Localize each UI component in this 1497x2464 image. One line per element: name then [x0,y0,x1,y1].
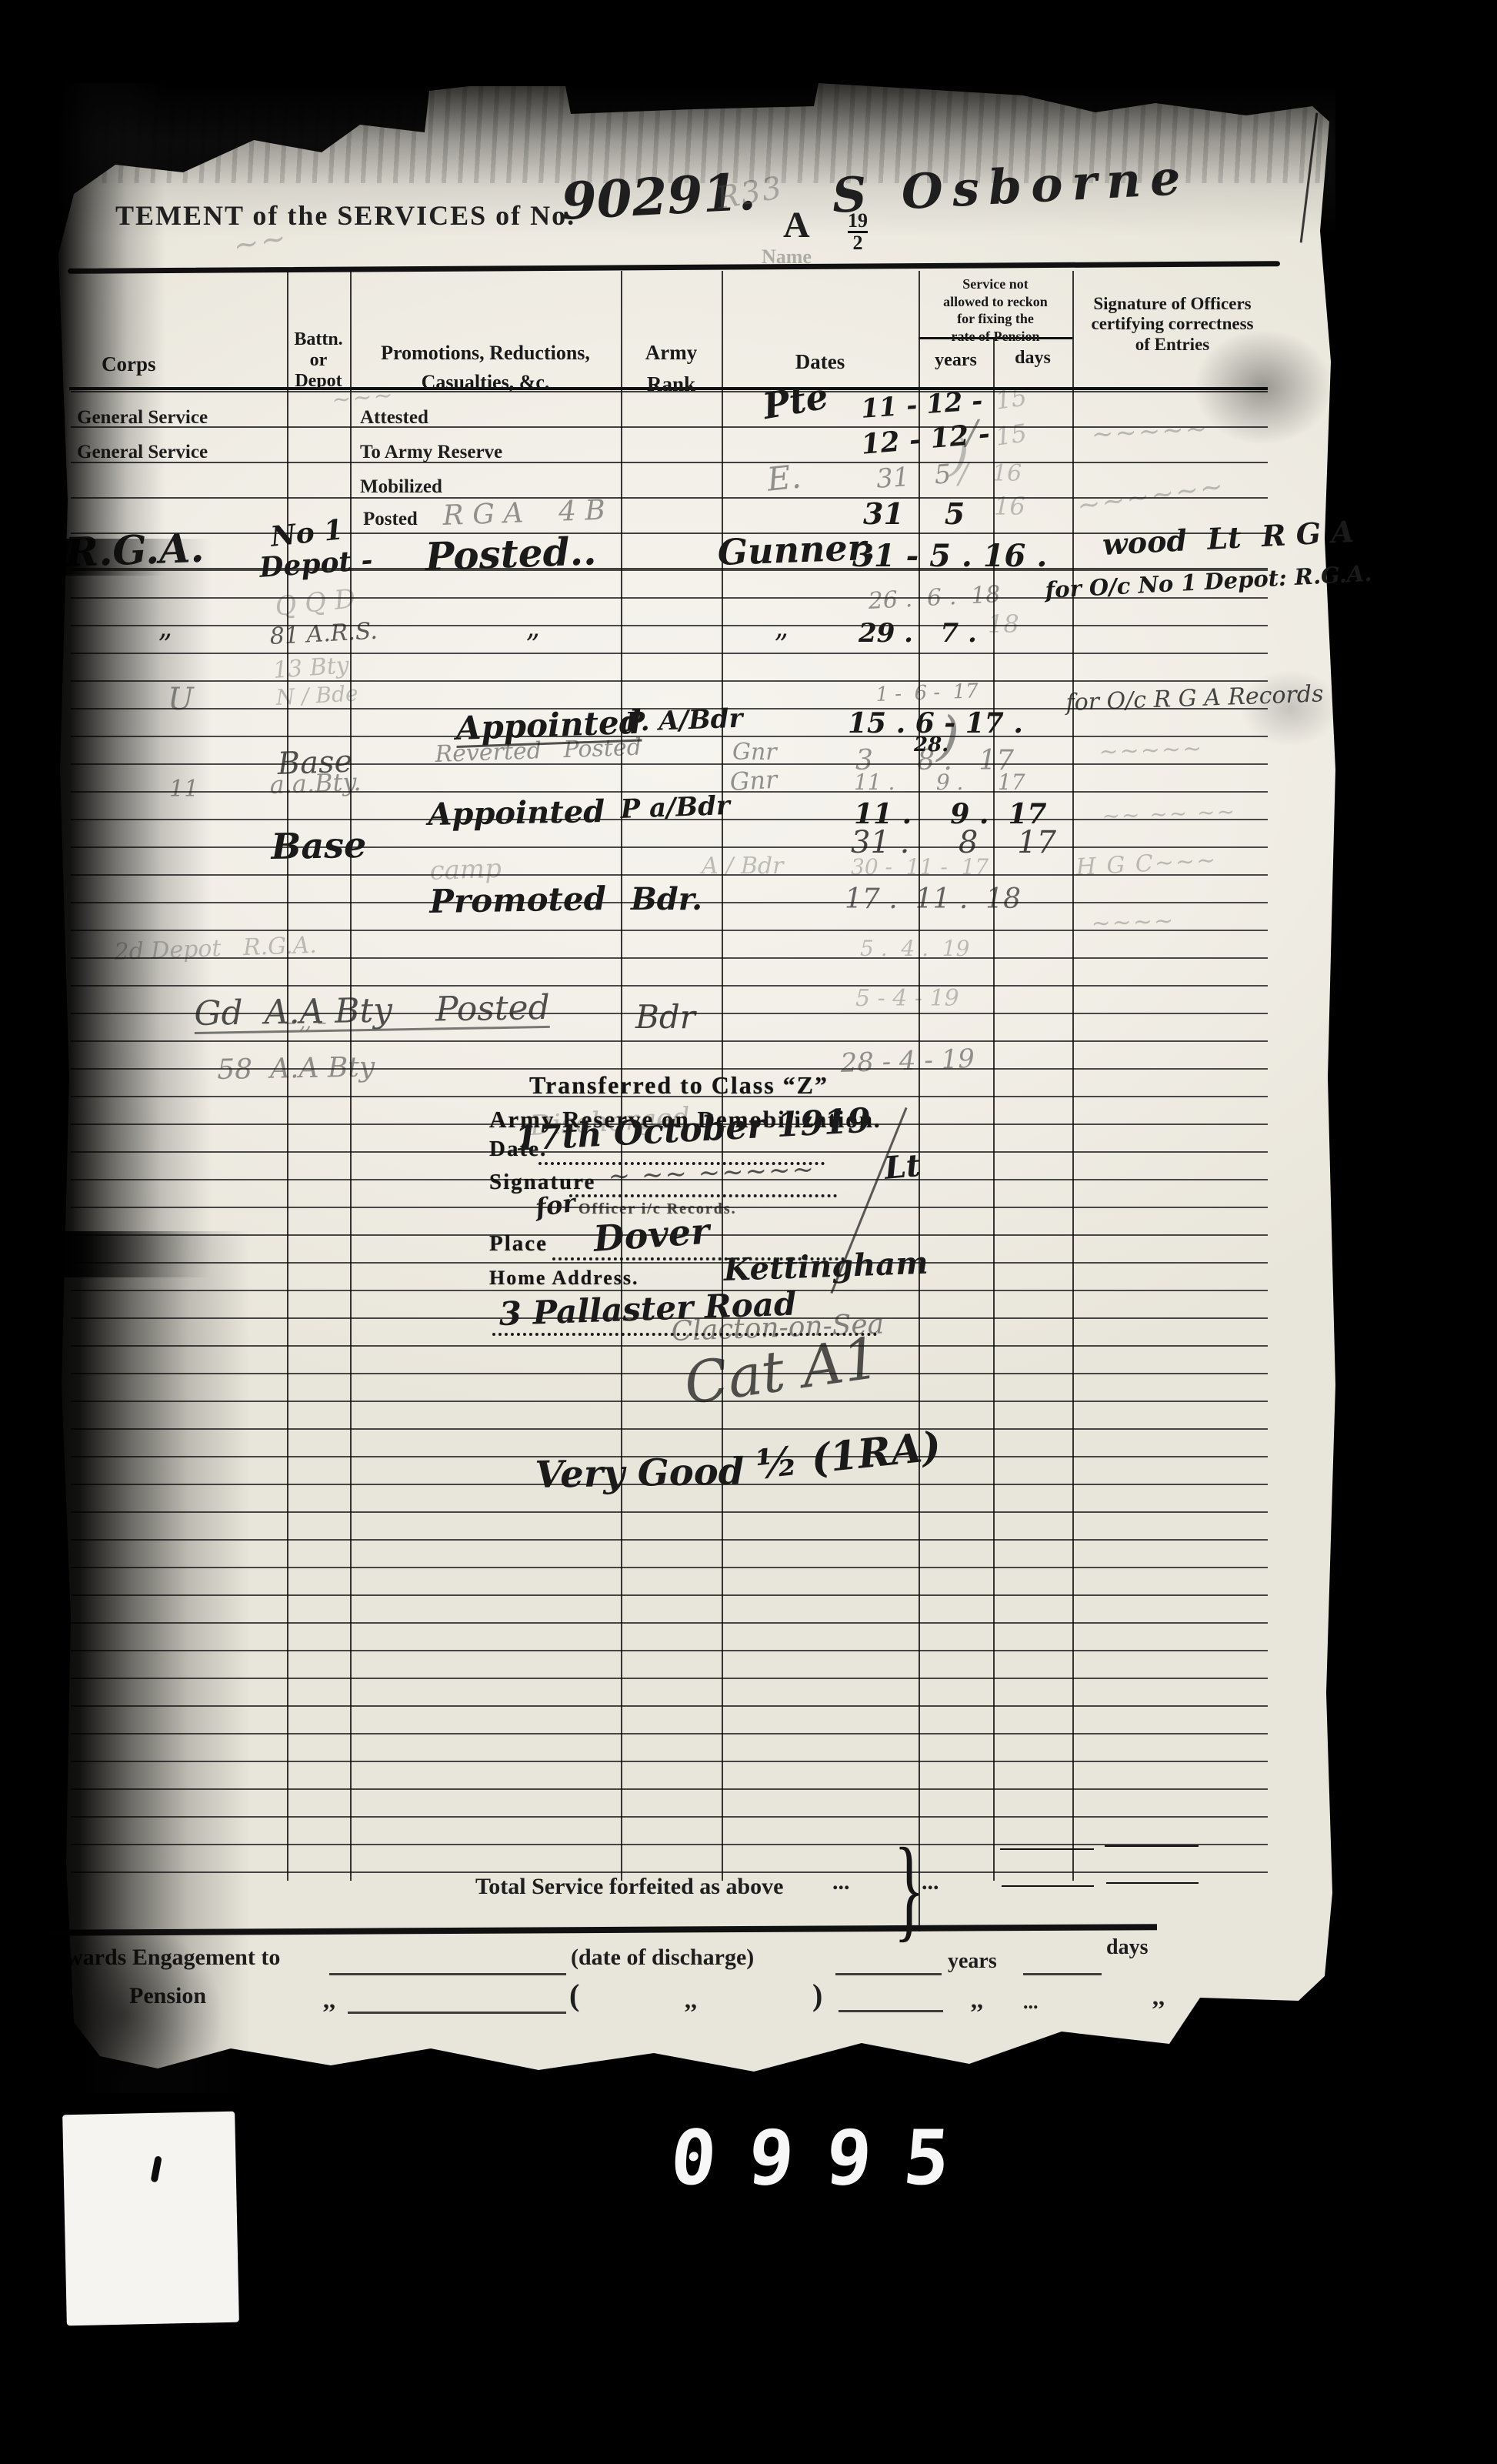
total-forfeited-label: Total Service forfeited as above [475,1875,783,1899]
date-entry: 15 [994,420,1029,450]
event-entry: Gd A.A Bty Posted [194,990,550,1034]
ditto-mark: ” [774,631,788,660]
ditto-mark: ,, [685,1987,697,2013]
form-title: TEMENT of the SERVICES of No. [115,202,575,231]
rank-entry: A / Bdr [702,854,783,879]
blank-line [348,2012,566,2014]
battn-entry: 13 Bty [272,653,350,683]
scanned-service-record: TEMENT of the SERVICES of No. 90291. R33… [0,0,1497,2464]
ditto-mark: ” [525,631,539,660]
event-entry: Promoted [429,882,606,919]
burn-blotch [23,1924,223,2108]
cell-line [1105,1845,1199,1847]
ditto-mark: ,, [1152,1984,1165,2010]
event-entry: R G A 4 B [442,496,606,531]
date-entry: 30 - 11 - 17 [851,856,989,878]
film-frame-counter: 0995 [667,2115,985,2202]
pencil-mark: ~~~ [331,383,395,412]
days-label: days [1106,1936,1148,1958]
ditto-mark: – ,, – [285,1013,327,1032]
battn-entry: N / Bde [275,682,358,709]
date-entry: 31 5 [875,461,952,493]
rank-entry: P a/Bdr [620,793,730,824]
brace: } [894,1822,925,1955]
signature-rank: Lt [883,1150,922,1185]
blank-line [835,1973,942,1975]
pension-note-line: rate of Pension [919,328,1072,346]
event-entry: Posted.. [425,531,597,577]
rank-entry: Gnr [732,740,777,765]
column-header-days: days [993,348,1072,369]
date-entry: 17 . 11 . 18 [845,885,1021,914]
pension-note-line: allowed to reckon [919,293,1072,311]
date-entry: 31 5 [863,499,965,529]
battn-line: or [287,350,350,371]
card-tick-mark [151,2155,162,2182]
close-paren: ) [812,1979,822,2012]
event-entry: Attested [360,408,428,428]
blank-line [329,1973,566,1975]
column-header-army-rank: Army Rank [621,337,722,399]
battn-line: Battn. [287,329,350,350]
place-value: Dover [592,1212,711,1257]
event-entry: Appointed [428,796,605,831]
burn-edge-left [31,539,212,1277]
dotted-line [569,1193,837,1197]
conduct-remark: Very Good [535,1452,745,1494]
column-header-years: years [919,350,993,371]
date-entry: 5 - 4 - 19 [855,987,959,1011]
demob-signature: ~ ~~ ~~~~~ [608,1157,816,1191]
army-rank-line: Army [621,337,722,369]
rank-entry: Bdr [635,1000,695,1034]
cell-line [1002,1885,1094,1887]
date-entry: 18 [988,612,1019,638]
ditto-mark: ,, [323,1987,335,2013]
home-address-label: Home Address. [489,1267,639,1290]
leader-dots: ... [832,1870,850,1895]
event-entry: Mobilized [360,477,442,497]
date-of-discharge-label: (date of discharge) [571,1945,754,1970]
date-entry: 29 . 7 . [859,620,977,648]
rank-entry: Bdr. [631,883,702,916]
date-entry: 31 - 5 . 16 . [852,540,1047,573]
name-label: Name [762,246,812,267]
blank-line [1023,1973,1102,1975]
film-marker-card [62,2112,239,2326]
ink-smudge [1240,669,1340,746]
blank-line [839,2010,943,2012]
cell-line [1106,1882,1199,1884]
event-entry: To Army Reserve [360,442,502,462]
rank-entry: P. A/Bdr [625,706,743,737]
years-mark: ) [936,708,961,766]
column-header-dates: Dates [722,350,919,374]
ink-smudge [1194,329,1332,445]
leader-dots: ... [1023,1992,1039,2012]
illegible-signature: ~~~~~ [1091,416,1209,449]
place-label: Place [489,1231,548,1257]
rank-entry: Gnr [729,767,778,796]
ditto-mark: ,, [971,1987,983,2013]
fraction-denominator: 2 [848,234,868,253]
battn-entry: 81 A.R.S. [269,619,378,649]
signature-header-line: Signature of Officers [1072,294,1272,314]
burn-edge-left [31,83,165,576]
illegible-signature: ~~ ~~ ~~ [1102,800,1236,827]
home-address-line1: Kettingham [723,1247,929,1287]
pension-note-line: Service not [919,275,1072,293]
date-entry: 28 - 4 - 19 [840,1046,975,1078]
ruled-lines [71,391,1268,569]
illegible-signature: ~~~~ [1091,909,1175,936]
date-entry: 5 . 4 . 19 [860,937,969,960]
battn-entry: Base [271,826,367,865]
years-label: years [948,1950,997,1972]
date-entry: 1 - 6 - 17 [875,681,979,706]
column-divider [1072,271,1074,1881]
date-entry: 11 . 9 . 17 [854,771,1025,793]
years-mark: ) [949,431,971,480]
battn-entry: a.a.Bty. [269,770,362,799]
column-header-battn: Battn. or Depot [287,329,350,392]
form-class-letter: A [783,206,810,245]
demob-stamp-line1: Transferred to Class “Z” [529,1071,829,1100]
event-entry: Posted [363,509,418,529]
cell-line [1000,1848,1094,1850]
date-entry: 16 [992,462,1022,486]
for-word: for [534,1190,577,1221]
pension-note-line: for fixing the [919,310,1072,328]
promotions-line: Promotions, Reductions, [350,339,621,368]
date-entry: 15 [994,384,1029,414]
rank-entry: E. [765,459,802,496]
date-entry: 16 [994,494,1025,520]
open-paren: ( [569,1979,579,2012]
signature-label: Signature [489,1170,595,1195]
illegible-signature: ~~~~~ [1099,736,1204,764]
column-header-pension-note: Service not allowed to reckon for fixing… [919,275,1072,345]
army-rank-line: Rank [621,369,722,400]
battn-entry: 58 A.A Bty [217,1053,375,1084]
